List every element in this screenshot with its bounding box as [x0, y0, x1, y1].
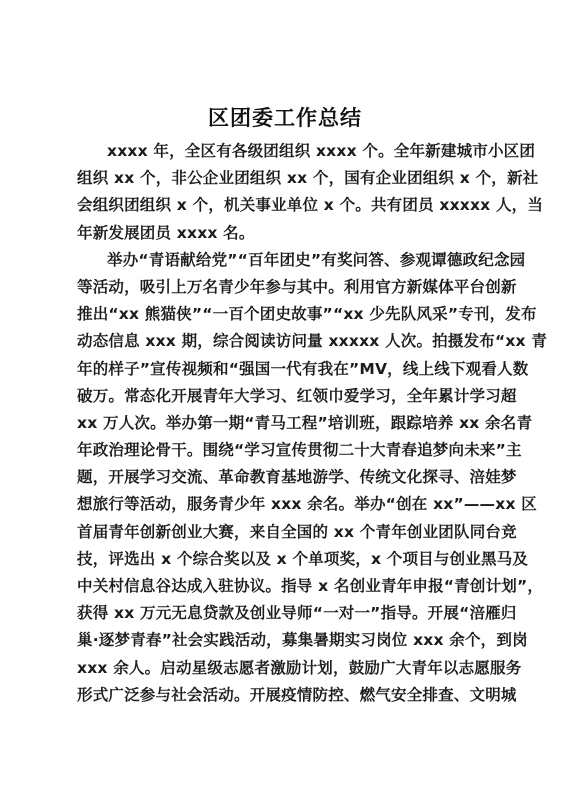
paragraph-1-line-2: 组织 xx 个，非公企业团组织 xx 个，国有企业团组织 x 个，新社 [77, 165, 491, 192]
paragraph-2-line-3: 推出“xx 熊猫侠”“一百个团史故事”“xx 少先队风采”专刊，发布 [77, 301, 491, 328]
paragraph-2-line-6: 破万。常态化开展青年大学习、红领巾爱学习，全年累计学习超 [77, 383, 491, 410]
paragraph-2-line-15: 巢·逐梦青春”社会实践活动，募集暑期实习岗位 xxx 余个，到岗 [77, 627, 491, 654]
paragraph-1-line-1: xxxx 年，全区有各级团组织 xxxx 个。全年新建城市小区团 [77, 138, 491, 165]
paragraph-2-line-16: xxx 余人。启动星级志愿者激励计划，鼓励广大青年以志愿服务 [77, 655, 491, 682]
paragraph-2-line-14: 获得 xx 万元无息贷款及创业导师“一对一”指导。开展“涪雁归 [77, 600, 491, 627]
paragraph-2-line-11: 首届青年创新创业大赛，来自全国的 xx 个青年创业团队同台竞 [77, 519, 491, 546]
paragraph-2-line-17: 形式广泛参与社会活动。开展疫情防控、燃气安全排查、文明城 [77, 682, 491, 709]
paragraph-2-line-4: 动态信息 xxx 期，综合阅读访问量 xxxxx 人次。拍摄发布“xx 青 [77, 328, 491, 355]
document-page: 区团委工作总结 xxxx 年，全区有各级团组织 xxxx 个。全年新建城市小区团… [0, 0, 570, 807]
paragraph-1-line-3: 会组织团组织 x 个，机关事业单位 x 个。共有团员 xxxxx 人，当 [77, 192, 491, 219]
paragraph-2-line-13: 中关村信息谷达成入驻协议。指导 x 名创业青年申报“青创计划”， [77, 573, 491, 600]
paragraph-2-line-12: 技，评选出 x 个综合奖以及 x 个单项奖，x 个项目与创业黑马及 [77, 546, 491, 573]
paragraph-1-line-4: 年新发展团员 xxxx 名。 [77, 220, 491, 247]
document-body: xxxx 年，全区有各级团组织 xxxx 个。全年新建城市小区团 组织 xx 个… [77, 138, 491, 709]
paragraph-2-line-1: 举办“青语献给党”“百年团史”有奖问答、参观谭德政纪念园 [77, 247, 491, 274]
paragraph-2-line-9: 题，开展学习交流、革命教育基地游学、传统文化探寻、涪娃梦 [77, 464, 491, 491]
paragraph-2-line-2: 等活动，吸引上万名青少年参与其中。利用官方新媒体平台创新 [77, 274, 491, 301]
paragraph-2-line-5: 年的样子”宣传视频和“强国一代有我在”MV，线上线下观看人数 [77, 356, 491, 383]
paragraph-2-line-7: xx 万人次。举办第一期“青马工程”培训班，跟踪培养 xx 余名青 [77, 410, 491, 437]
paragraph-2-line-8: 年政治理论骨干。围绕“学习宣传贯彻二十大青春追梦向未来”主 [77, 437, 491, 464]
paragraph-2-line-10: 想旅行等活动，服务青少年 xxx 余名。举办“创在 xx”——xx 区 [77, 491, 491, 518]
document-title: 区团委工作总结 [0, 104, 570, 132]
